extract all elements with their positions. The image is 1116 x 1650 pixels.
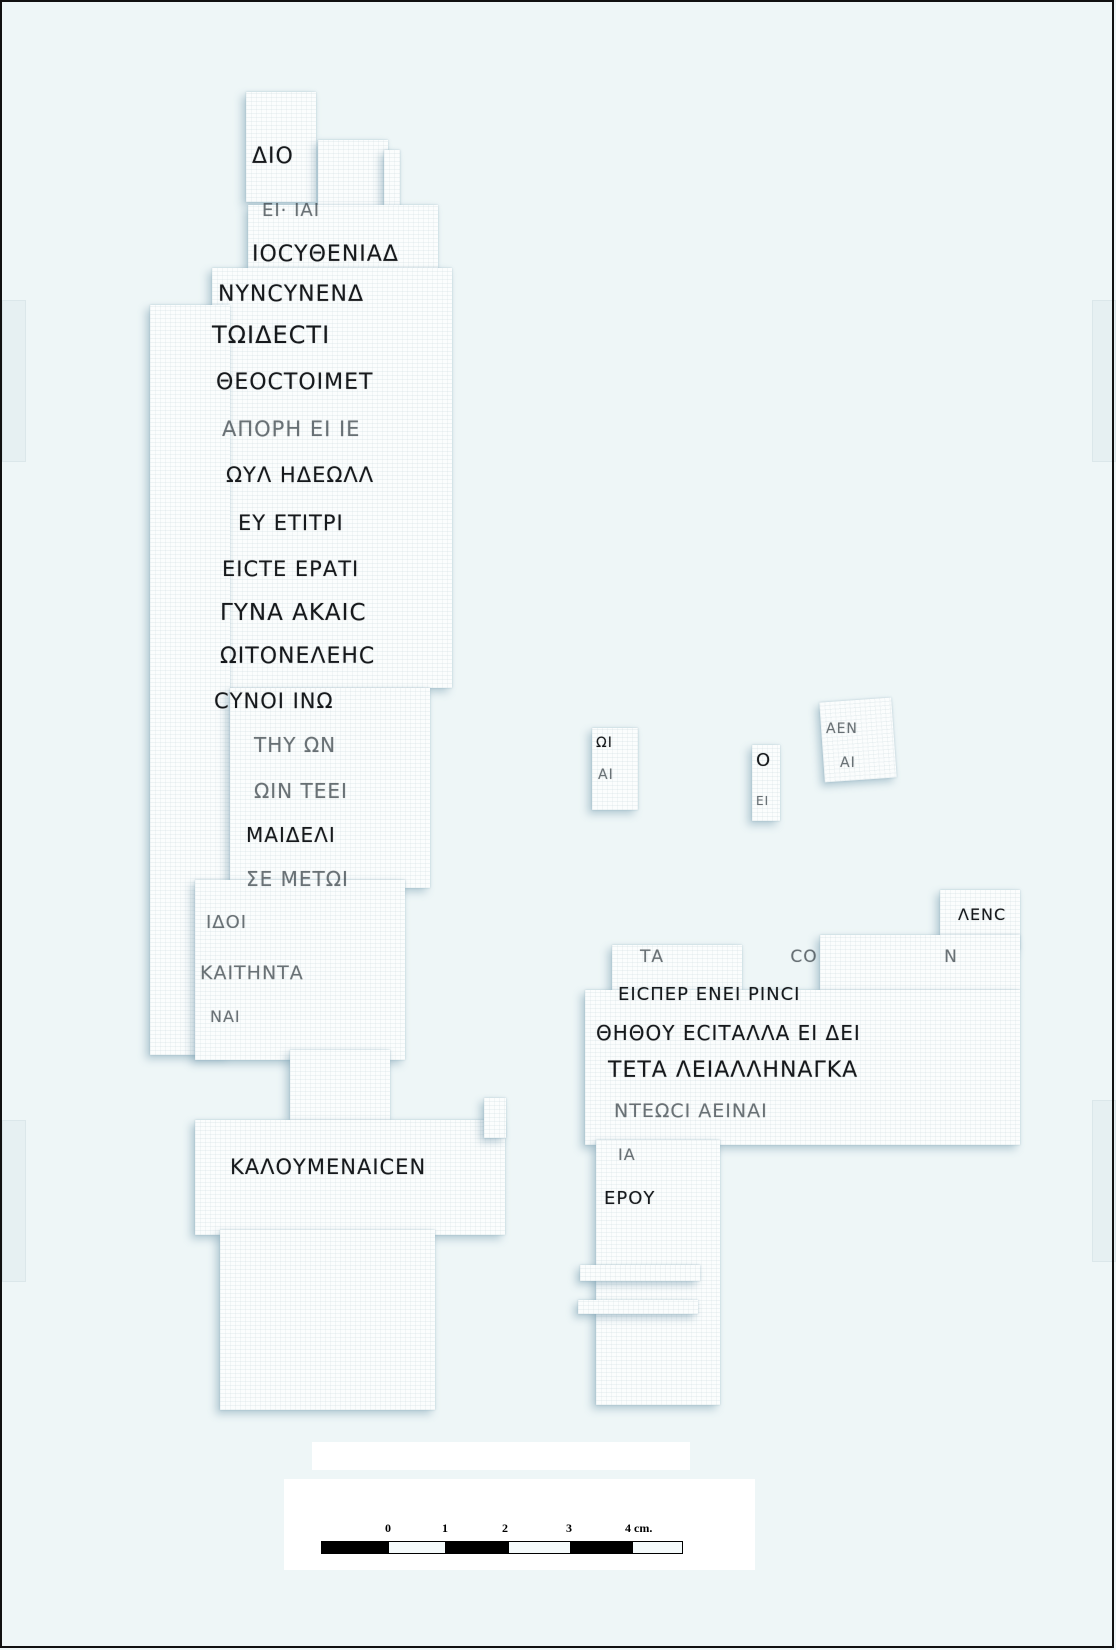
fragment-left-top-strip-3: [384, 150, 400, 210]
small-fragment-2-text-top: Ο: [756, 746, 771, 776]
text-line-20: ΝΑΙ: [210, 1002, 241, 1032]
scale-segment: [389, 1542, 445, 1553]
small-fragment-3-text-top: ΑΕΝ: [826, 714, 858, 744]
right-text-line-3: ΕΙϹΠΕΡ ΕΝΕΙ ΡΙΝϹΙ: [618, 980, 800, 1010]
right-edge-strip: [1092, 300, 1116, 462]
text-line-10: ΕΙϹΤΕ ΕΡΑΤΙ: [222, 554, 359, 584]
scale-bar: [321, 1541, 683, 1554]
text-line-19: ΚΑΙΤΗΝΤΑ: [200, 958, 304, 988]
text-line-13: ϹΥΝΟΙ ΙΝΩ: [214, 686, 334, 716]
text-line-7: ΑΠΟΡΗ ΕΙ ΙΕ: [222, 414, 360, 444]
scale-label-3: 3: [566, 1521, 572, 1536]
small-fragment-1-text-bottom: ΑΙ: [598, 760, 614, 790]
scale-segment: [445, 1542, 509, 1553]
text-line-bottom: ΚΑΛΟΥΜΕΝΑΙϹΕΝ: [230, 1152, 426, 1182]
right-edge-strip-lower: [1092, 1100, 1116, 1262]
left-edge-strip-lower: [2, 1120, 26, 1282]
text-line-17: ΣΕ ΜΕΤΩΙ: [246, 864, 349, 894]
fragment-left-bottom-lower: [220, 1230, 435, 1410]
label-strip-blank: [312, 1442, 690, 1470]
text-line-16: ΜΑΙΔΕΛΙ: [246, 820, 336, 850]
small-fragment-3-text-bottom: ΑΙ: [840, 748, 856, 778]
text-line-12: ΩΙΤΟΝΕΛΕΗϹ: [220, 642, 375, 672]
fragment-right-strip-1: [580, 1265, 700, 1281]
scale-segment: [322, 1542, 389, 1553]
scale-segment: [509, 1542, 570, 1553]
fragment-left-connector: [290, 1050, 390, 1120]
small-fragment-2-text-bottom: ΕΙ: [756, 786, 769, 816]
text-line-9: ΕΥ ΕΤΙΤΡΙ: [238, 508, 344, 538]
right-text-line-8: ΕΡΟΥ: [604, 1184, 655, 1214]
right-text-line-1: ΛΕΝϹ: [958, 900, 1006, 930]
right-text-line-6: ΝΤΕΩϹΙ ΑΕΙΝΑΙ: [614, 1096, 768, 1126]
text-line-3: ΙΟϹΥΘΕΝΙΑΔ: [252, 240, 399, 270]
fragment-left-bottom-tab: [484, 1098, 506, 1138]
scale-label-4: 4 cm.: [625, 1521, 652, 1536]
right-text-line-5: ΤΕΤΑ ΛΕΙΑΛΛΗΝΑΓΚΑ: [608, 1056, 858, 1086]
text-line-6: ΘΕΟϹΤΟΙΜΕΤ: [216, 368, 373, 398]
text-line-11: ΓΥΝΑ ΑΚΑΙϹ: [220, 598, 367, 628]
text-line-15: ΩΙΝ ΤΕΕΙ: [254, 776, 348, 806]
scale-label-1: 1: [442, 1521, 448, 1536]
right-text-line-4: ΘΗΘΟΥ ΕϹΙΤΑΛΛΑ ΕΙ ΔΕΙ: [596, 1018, 861, 1048]
right-text-line-2: ΤΑ ϹΟ Ν: [640, 942, 958, 972]
scale-box: [284, 1479, 755, 1570]
text-line-14: ΤΗΥ ΩΝ: [254, 730, 336, 760]
scale-segment: [633, 1542, 682, 1553]
text-line-2: ΕΙ· ΙΑΙ: [262, 196, 320, 226]
text-line-1: ΔΙΟ: [252, 142, 294, 172]
right-text-line-7: ΙΑ: [618, 1140, 636, 1170]
text-line-4: ΝΥΝϹΥΝΕΝΔ: [218, 280, 364, 310]
fragment-left-top-strip-2: [318, 140, 388, 210]
scale-label-0: 0: [385, 1521, 391, 1536]
fragment-right-strip-2: [578, 1300, 698, 1314]
text-line-18: ΙΔΟΙ: [206, 908, 247, 938]
small-fragment-1-text-top: ΩΙ: [596, 728, 613, 758]
scale-segment: [570, 1542, 633, 1553]
text-line-5: ΤΩΙΔΕϹΤΙ: [212, 320, 330, 350]
scale-label-2: 2: [502, 1521, 508, 1536]
text-line-8: ΩΥΛ ΗΔΕΩΛΛ: [226, 460, 374, 490]
left-edge-strip: [2, 300, 26, 462]
